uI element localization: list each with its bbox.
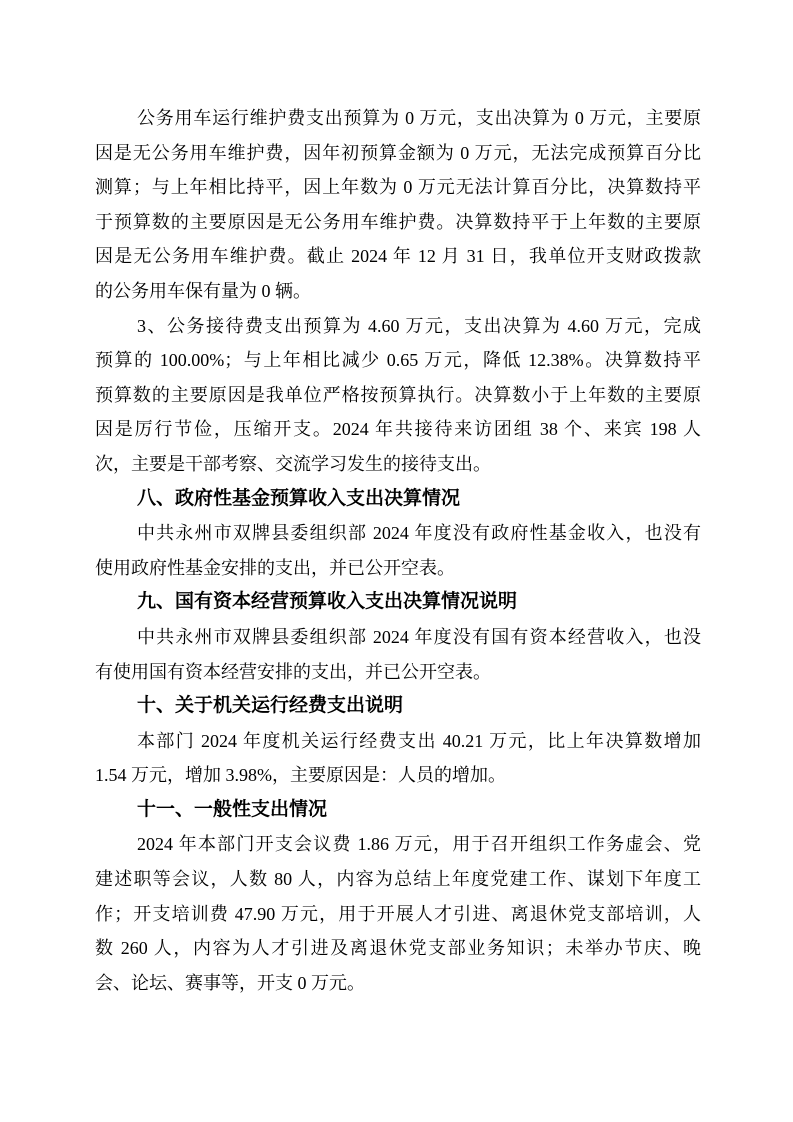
paragraph-line: 测算；与上年相比持平，因上年数为 0 万元无法计算百分比，决算数持平 [95, 170, 701, 205]
paragraph-line: 的公务用车保有量为 0 辆。 [95, 274, 701, 309]
section-heading: 九、国有资本经营预算收入支出决算情况说明 [95, 585, 701, 620]
paragraph-line: 于预算数的主要原因是无公务用车维护费。决算数持平于上年数的主要原 [95, 205, 701, 240]
paragraph-line: 因是无公务用车维护费，因年初预算金额为 0 万元，无法完成预算百分比 [95, 136, 701, 171]
paragraph-line: 数 260 人，内容为人才引进及离退休党支部业务知识；未举办节庆、晚 [95, 931, 701, 966]
paragraph-line: 中共永州市双牌县委组织部 2024 年度没有政府性基金收入，也没有 [95, 516, 701, 551]
paragraph-line: 作；开支培训费 47.90 万元，用于开展人才引进、离退休党支部培训，人 [95, 897, 701, 932]
paragraph-line: 因是无公务用车维护费。截止 2024 年 12 月 31 日，我单位开支财政拨款 [95, 239, 701, 274]
document-page: 公务用车运行维护费支出预算为 0 万元，支出决算为 0 万元，主要原因是无公务用… [0, 0, 793, 1122]
paragraph-line: 预算数的主要原因是我单位严格按预算执行。决算数小于上年数的主要原 [95, 378, 701, 413]
paragraph-line: 1.54 万元，增加 3.98%，主要原因是：人员的增加。 [95, 758, 701, 793]
paragraph-line: 预算的 100.00%；与上年相比减少 0.65 万元，降低 12.38%。决算… [95, 343, 701, 378]
section-heading: 八、政府性基金预算收入支出决算情况 [95, 482, 701, 517]
paragraph-line: 次，主要是干部考察、交流学习发生的接待支出。 [95, 447, 701, 482]
paragraph-line: 会、论坛、赛事等，开支 0 万元。 [95, 966, 701, 1001]
paragraph-line: 因是厉行节俭，压缩开支。2024 年共接待来访团组 38 个、来宾 198 人 [95, 412, 701, 447]
section-heading: 十一、一般性支出情况 [95, 793, 701, 828]
paragraph-line: 使用政府性基金安排的支出，并已公开空表。 [95, 551, 701, 586]
section-heading: 十、关于机关运行经费支出说明 [95, 689, 701, 724]
text-content: 公务用车运行维护费支出预算为 0 万元，支出决算为 0 万元，主要原因是无公务用… [95, 101, 701, 1000]
paragraph-line: 中共永州市双牌县委组织部 2024 年度没有国有资本经营收入，也没 [95, 620, 701, 655]
paragraph-line: 有使用国有资本经营安排的支出，并已公开空表。 [95, 655, 701, 690]
paragraph-line: 3、公务接待费支出预算为 4.60 万元，支出决算为 4.60 万元，完成 [95, 309, 701, 344]
paragraph-line: 建述职等会议，人数 80 人，内容为总结上年度党建工作、谋划下年度工 [95, 862, 701, 897]
paragraph-line: 公务用车运行维护费支出预算为 0 万元，支出决算为 0 万元，主要原 [95, 101, 701, 136]
paragraph-line: 2024 年本部门开支会议费 1.86 万元，用于召开组织工作务虚会、党 [95, 827, 701, 862]
paragraph-line: 本部门 2024 年度机关运行经费支出 40.21 万元，比上年决算数增加 [95, 724, 701, 759]
